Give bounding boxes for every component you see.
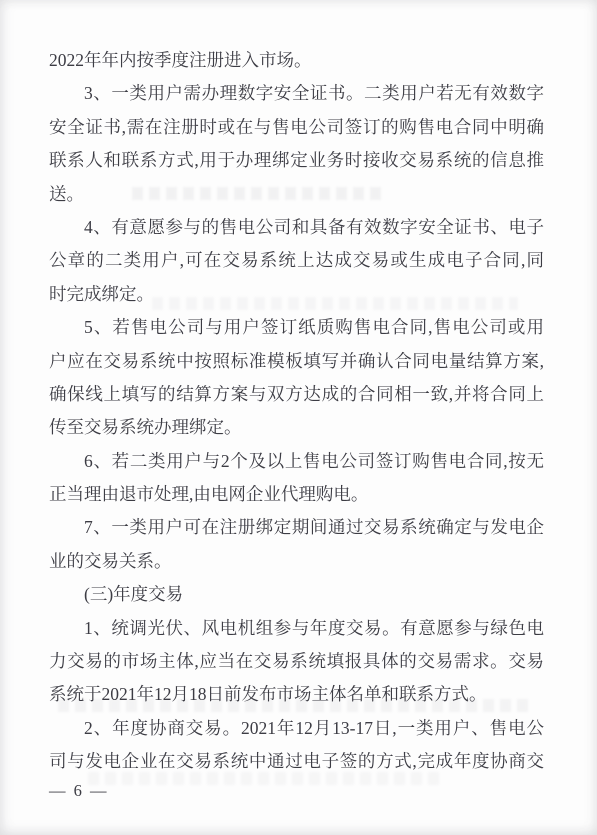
document-body: 2022年年内按季度注册进入市场。 3、一类用户需办理数字安全证书。二类用户若无… [49,44,544,779]
text-line: 确保线上填写的结算方案与双方达成的合同相一致,并将合同上 [49,378,544,411]
text-line: 5、若售电公司与用户签订纸质购售电合同,售电公司或用 [49,311,544,344]
text-line: 6、若二类用户与2个及以上售电公司签订购售电合同,按无 [49,445,544,478]
text-line: 正当理由退市处理,由电网企业代理购电。 [49,478,544,511]
text-line: 户应在交易系统中按照标准模板填写并确认合同电量结算方案, [49,345,544,378]
text-line: 系统于2021年12月18日前发布市场主体名单和联系方式。 [49,678,544,711]
scanned-document-page: 2022年年内按季度注册进入市场。 3、一类用户需办理数字安全证书。二类用户若无… [0,0,597,835]
text-line: 2、年度协商交易。2021年12月13-17日,一类用户、售电公 [49,712,544,745]
text-line: 7、一类用户可在注册绑定期间通过交易系统确定与发电企 [49,511,544,544]
text-line: 时完成绑定。 [49,278,544,311]
text-line: 1、统调光伏、风电机组参与年度交易。有意愿参与绿色电 [49,612,544,645]
text-line: 传至交易系统办理绑定。 [49,411,544,444]
page-number: — 6 — [49,781,109,801]
text-line: 力交易的市场主体,应当在交易系统填报具体的交易需求。交易 [49,645,544,678]
text-line: 3、一类用户需办理数字安全证书。二类用户若无有效数字 [49,77,544,110]
text-line: 送。 [49,178,544,211]
text-line: 司与发电企业在交易系统中通过电子签的方式,完成年度协商交 [49,745,544,778]
text-line: 业的交易关系。 [49,545,544,578]
section-heading: (三)年度交易 [49,578,544,611]
text-line: 公章的二类用户,可在交易系统上达成交易或生成电子合同,同 [49,244,544,277]
text-line: 2022年年内按季度注册进入市场。 [49,44,544,77]
text-line: 安全证书,需在注册时或在与售电公司签订的购售电合同中明确 [49,111,544,144]
text-line: 联系人和联系方式,用于办理绑定业务时接收交易系统的信息推 [49,144,544,177]
text-line: 4、有意愿参与的售电公司和具备有效数字安全证书、电子 [49,211,544,244]
